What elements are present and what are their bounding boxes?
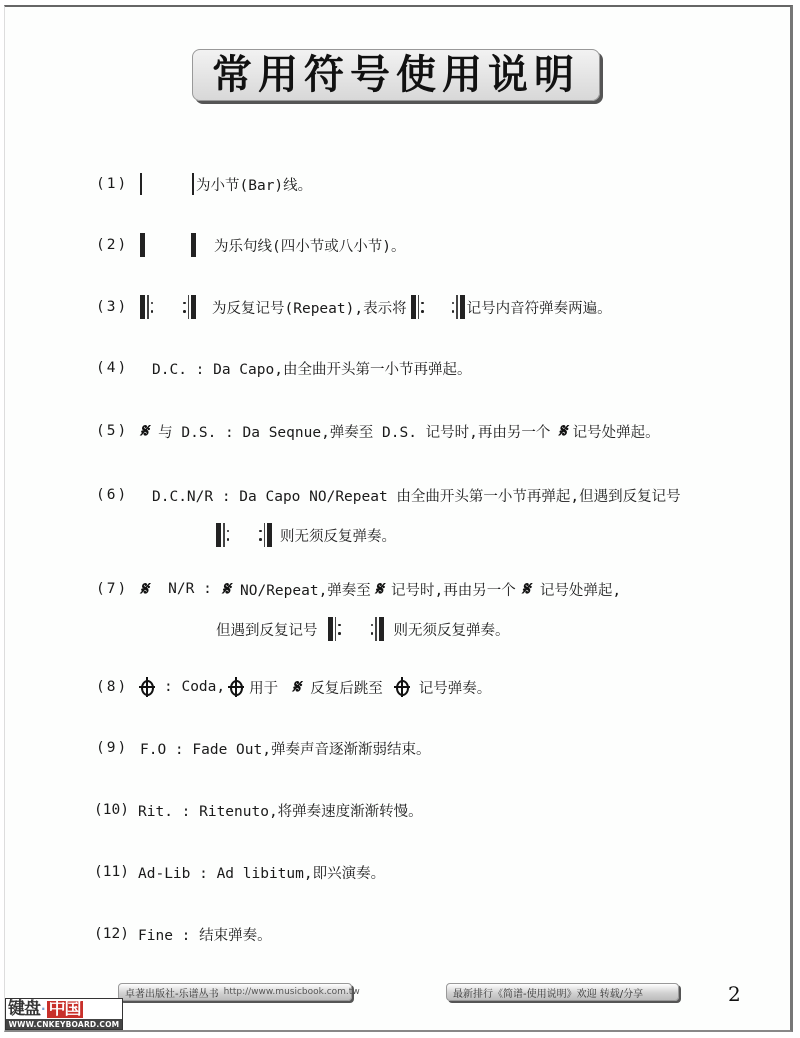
repeat-end-icon (452, 295, 465, 319)
item-11: (11) Ad-Lib : Ad libitum,即兴演奏。 (94, 859, 385, 885)
segno-icon: 𝄋 (140, 422, 148, 441)
item-number: (1) (96, 176, 140, 192)
repeat-end-icon (183, 295, 196, 319)
item-7: (7) 𝄋 N/R : 𝄋 NO/Repeat,弹奏至 𝄋 记号时,再由另一个 … (96, 576, 621, 602)
phrase-line-icon (191, 233, 196, 257)
item-number: (2) (96, 237, 140, 253)
item-7-continued: 但遇到反复记号 则无须反复弹奏。 (216, 616, 510, 642)
item-9: (9) F.O : Fade Out,弹奏声音逐渐渐弱结束。 (96, 735, 430, 761)
item-5: (5) 𝄋 与 D.S. : Da Seqnue,弹奏至 D.S. 记号时,再由… (96, 418, 660, 444)
repeat-start-icon (140, 295, 153, 319)
page-title: 常用符号使用说明 (212, 55, 580, 95)
cnkeyboard-logo[interactable]: 键盘 · 中国 WWW.CNKEYBOARD.COM (5, 998, 123, 1030)
segno-icon: 𝄋 (222, 580, 230, 599)
title-banner: 常用符号使用说明 (192, 49, 600, 101)
item-number: (8) (96, 679, 140, 695)
segno-icon: 𝄋 (375, 580, 383, 599)
segno-icon: 𝄋 (140, 580, 148, 599)
item-text: 为小节(Bar)线。 (196, 174, 312, 195)
logo-url: WWW.CNKEYBOARD.COM (6, 1019, 122, 1029)
item-text: 则无须反复弹奏。 (394, 619, 510, 640)
share-banner: 最新排行《简谱-使用说明》欢迎 转载/分享 (446, 983, 679, 1001)
logo-text-china: 中国 (47, 1001, 83, 1018)
repeat-start-icon (328, 617, 341, 641)
barline-icon (192, 173, 194, 195)
page-number: 2 (728, 982, 741, 1006)
segno-icon: 𝄋 (558, 422, 566, 441)
publisher-banner: 卓著出版社-乐谱丛书 http://www.musicbook.com.tw (118, 983, 352, 1001)
item-number: (11) (94, 864, 138, 880)
item-number: (9) (96, 740, 140, 756)
share-text: 最新排行《简谱-使用说明》欢迎 转载/分享 (453, 985, 643, 1000)
item-number: (5) (96, 423, 140, 439)
item-text: D.C. : Da Capo,由全曲开头第一小节再弹起。 (152, 358, 471, 379)
repeat-end-icon (259, 523, 272, 547)
item-number: (4) (96, 360, 140, 376)
item-text: 记号内音符弹奏两遍。 (467, 297, 612, 318)
item-text: N/R : (168, 581, 212, 597)
item-8: (8) : Coda, 用于 𝄋 反复后跳至 记号弹奏。 (96, 674, 491, 700)
item-text: 记号时,再由另一个 (391, 579, 516, 600)
item-text: 记号处弹起。 (573, 421, 660, 442)
item-number: (6) (96, 487, 140, 503)
item-number: (3) (96, 299, 140, 315)
item-text: : Coda, (164, 679, 225, 695)
item-2: (2) 为乐句线(四小节或八小节)。 (96, 232, 405, 258)
item-text: 为反复记号(Repeat),表示将 (212, 297, 407, 318)
item-4: (4) D.C. : Da Capo,由全曲开头第一小节再弹起。 (96, 355, 471, 381)
item-number: (10) (94, 802, 138, 818)
logo-dot: · (41, 1003, 46, 1015)
publisher-url[interactable]: http://www.musicbook.com.tw (224, 987, 360, 997)
item-text: 则无须反复弹奏。 (280, 525, 396, 546)
item-text: F.O : Fade Out,弹奏声音逐渐渐弱结束。 (140, 738, 430, 759)
barline-icon (140, 173, 142, 195)
coda-icon (395, 677, 409, 697)
item-text: D.C.N/R : Da Capo NO/Repeat 由全曲开头第一小节再弹起… (152, 485, 681, 506)
item-text: Fine : 结束弹奏。 (138, 924, 272, 945)
item-1: (1) 为小节(Bar)线。 (96, 171, 312, 197)
item-text: 与 D.S. : Da Seqnue,弹奏至 D.S. 记号时,再由另一个 (158, 421, 550, 442)
logo-text-keyboard: 键盘 (8, 1001, 40, 1018)
repeat-end-icon (371, 617, 384, 641)
item-10: (10) Rit. : Ritenuto,将弹奏速度渐渐转慢。 (94, 797, 423, 823)
phrase-line-icon (140, 233, 145, 257)
item-text: 反复后跳至 (310, 677, 383, 698)
coda-icon (229, 677, 243, 697)
item-text: 记号处弹起, (540, 579, 621, 600)
item-text: NO/Repeat,弹奏至 (240, 579, 371, 600)
item-text: 为乐句线(四小节或八小节)。 (214, 235, 405, 256)
item-number: (7) (96, 581, 140, 597)
segno-icon: 𝄋 (292, 678, 300, 697)
item-text: 用于 (249, 677, 278, 698)
item-6-continued: 则无须反复弹奏。 (216, 522, 396, 548)
segno-icon: 𝄋 (522, 580, 530, 599)
item-6: (6) D.C.N/R : Da Capo NO/Repeat 由全曲开头第一小… (96, 482, 681, 508)
item-3: (3) 为反复记号(Repeat),表示将 记号内音符弹奏两遍。 (96, 294, 612, 320)
publisher-name: 卓著出版社-乐谱丛书 (125, 985, 219, 1000)
coda-icon (140, 677, 154, 697)
item-12: (12) Fine : 结束弹奏。 (94, 921, 272, 947)
item-number: (12) (94, 926, 138, 942)
item-text: 但遇到反复记号 (216, 619, 318, 640)
repeat-start-icon (411, 295, 424, 319)
item-text: 记号弹奏。 (419, 677, 492, 698)
repeat-start-icon (216, 523, 229, 547)
item-text: Rit. : Ritenuto,将弹奏速度渐渐转慢。 (138, 800, 423, 821)
item-text: Ad-Lib : Ad libitum,即兴演奏。 (138, 862, 385, 883)
